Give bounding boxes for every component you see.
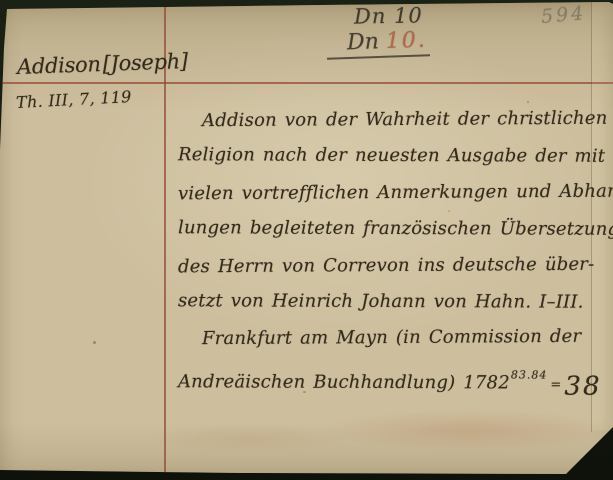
entry-line-imprint-year: Andreäischen Buchhandlung) 178283.84=38 <box>178 356 610 394</box>
equals-sign: = <box>550 377 561 392</box>
shelfmark: Th. III, 7, 119 <box>16 87 133 112</box>
paper-speck <box>93 341 96 344</box>
entry-line-3: vielen vortrefflichen Anmerkungen und Ab… <box>178 173 610 212</box>
classmark-primary-text: Dn 10 <box>354 3 423 28</box>
horizontal-ruled-line <box>0 82 613 84</box>
entry-line-4: lungen begleiteten französischen Überset… <box>178 210 610 248</box>
author-surname: Addison <box>17 52 101 79</box>
author-forename-bracketed: [Joseph] <box>102 49 188 76</box>
entry-line-7: Frankfurt am Mayn (in Commission der <box>178 319 610 358</box>
classmark-secondary: Dn10. <box>347 28 428 56</box>
catalog-card: Dn 10 Dn10. 594 Addison[Joseph] Th. III,… <box>0 0 613 480</box>
classmark-underline-stroke <box>327 54 430 60</box>
catalog-entry-text: Addison von der Wahrheit der christliche… <box>178 102 610 393</box>
imprint-text: Andreäischen Buchhandlung) 1782 <box>178 371 510 393</box>
classmark-secondary-prefix: Dn <box>347 29 380 55</box>
classmark-primary: Dn 10 <box>354 3 423 28</box>
entry-line-1: Addison von der Wahrheit der christliche… <box>178 101 610 140</box>
entry-line-2: Religion nach der neuesten Ausgabe der m… <box>178 138 610 176</box>
scanned-catalog-card-page: Dn 10 Dn10. 594 Addison[Joseph] Th. III,… <box>0 0 613 480</box>
volume-count: 38 <box>564 371 601 401</box>
entry-line-6: setzt von Heinrich Johann von Hahn. I–II… <box>178 283 610 321</box>
year-superscript: 83.84 <box>511 368 548 381</box>
penciled-accession-number: 594 <box>540 2 587 28</box>
entry-line-5: des Herrn von Correvon ins deutsche über… <box>178 246 610 285</box>
author-heading: Addison[Joseph] <box>17 49 189 79</box>
classmark-secondary-number: 10. <box>385 28 427 54</box>
